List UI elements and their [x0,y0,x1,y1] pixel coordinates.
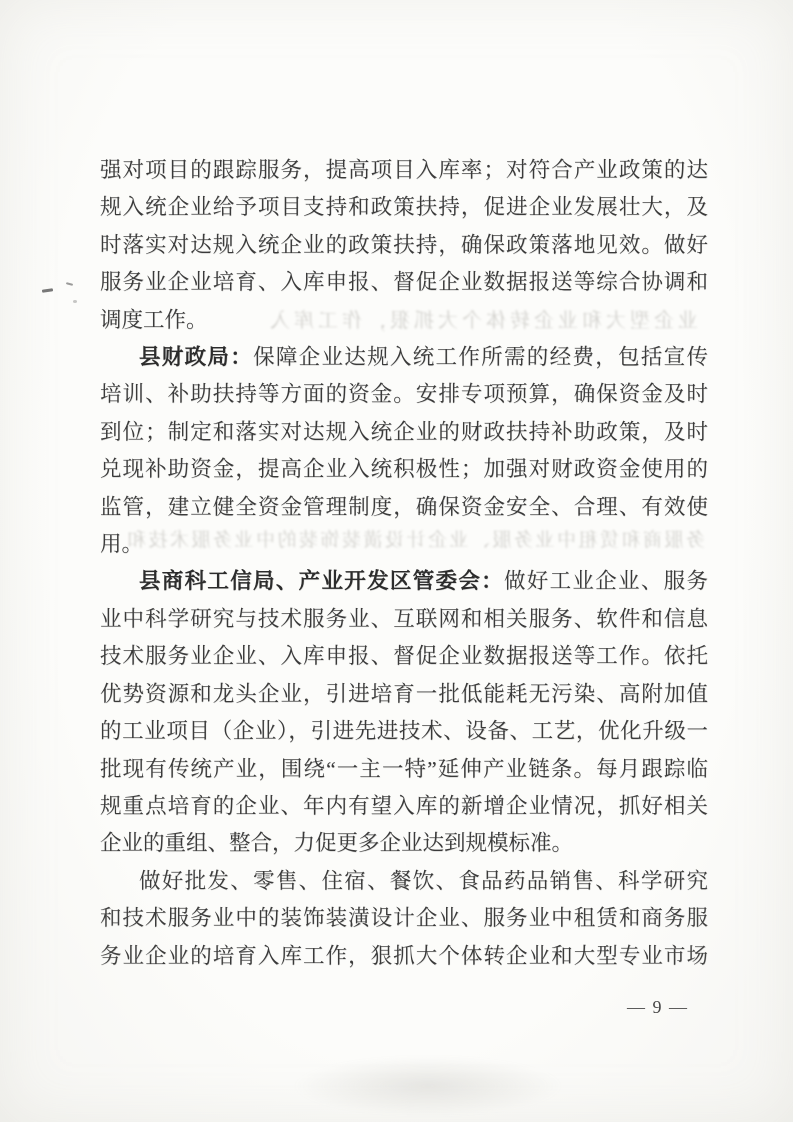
line-bold-lead: 县财政局： [139,345,253,369]
line-text: 的工业项目（企业），引进先进技术、设备、工艺，优化升级一 [100,719,708,743]
text-line-02: 规入统企业给予项目支持和政策扶持，促进企业发展壮大，及 [100,189,708,226]
pencil-mark [42,288,53,293]
text-line-11: 用。 [100,526,708,563]
line-text: 监管，建立健全资金管理制度，确保资金安全、合理、有效使 [100,495,708,519]
line-text: 批现有传统产业，围绕“一主一特”延伸产业链条。每月跟踪临 [100,757,708,781]
page-number: — 9 — [627,997,689,1018]
line-text: 规入统企业给予项目支持和政策扶持，促进企业发展壮大，及 [100,195,708,219]
text-line-19: 企业的重组、整合，力促更多企业达到规模标准。 [100,825,708,862]
line-text: 强对项目的跟踪服务，提高项目入库率；对符合产业政策的达 [100,158,708,182]
line-text: 到位；制定和落实对达规入统企业的财政扶持补助政策，及时 [100,420,708,444]
text-line-12: 县商科工信局、产业开发区管委会：做好工业企业、服务 [100,563,708,600]
line-text: 规重点培育的企业、年内有望入库的新增企业情况，抓好相关 [100,794,708,818]
text-line-04: 服务业企业培育、入库申报、督促企业数据报送等综合协调和 [100,264,708,301]
line-text: 用。 [100,532,143,556]
line-text: 和技术服务业中的装饰装潢设计企业、服务业中租赁和商务服 [100,906,708,930]
text-line-07: 培训、补助扶持等方面的资金。安排专项预算，确保资金及时 [100,376,708,413]
text-line-16: 的工业项目（企业），引进先进技术、设备、工艺，优化升级一 [100,713,708,750]
text-line-09: 兑现补助资金，提高企业入统积极性；加强对财政资金使用的 [100,451,708,488]
text-line-14: 技术服务业企业、入库申报、督促企业数据报送等工作。依托 [100,638,708,675]
line-text: 时落实对达规入统企业的政策扶持，确保政策落地见效。做好 [100,233,708,257]
line-text: 保障企业达规入统工作所需的经费，包括宣传 [253,345,708,369]
pencil-mark [73,300,77,303]
text-line-08: 到位；制定和落实对达规入统企业的财政扶持补助政策，及时 [100,414,708,451]
scan-smudge [292,1056,564,1116]
line-text: 做好工业企业、服务 [504,569,708,593]
text-line-18: 规重点培育的企业、年内有望入库的新增企业情况，抓好相关 [100,788,708,825]
text-line-22: 务业企业的培育入库工作，狠抓大个体转企业和大型专业市场 [100,938,708,975]
line-text: 兑现补助资金，提高企业入统积极性；加强对财政资金使用的 [100,457,708,481]
line-bold-lead: 县商科工信局、产业开发区管委会： [139,569,504,593]
line-text: 务业企业的培育入库工作，狠抓大个体转企业和大型专业市场 [100,944,708,968]
line-text: 培训、补助扶持等方面的资金。安排专项预算，确保资金及时 [100,382,708,406]
text-line-17: 批现有传统产业，围绕“一主一特”延伸产业链条。每月跟踪临 [100,751,708,788]
text-line-03: 时落实对达规入统企业的政策扶持，确保政策落地见效。做好 [100,227,708,264]
line-text: 企业的重组、整合，力促更多企业达到规模标准。 [100,831,573,855]
line-text: 业中科学研究与技术服务业、互联网和相关服务、软件和信息 [100,607,708,631]
line-text: 技术服务业企业、入库申报、督促企业数据报送等工作。依托 [100,644,708,668]
text-line-05: 调度工作。 [100,302,708,339]
text-line-06: 县财政局：保障企业达规入统工作所需的经费，包括宣传 [100,339,708,376]
text-line-20: 做好批发、零售、住宿、餐饮、食品药品销售、科学研究 [100,863,708,900]
text-line-15: 优势资源和龙头企业，引进培育一批低能耗无污染、高附加值 [100,676,708,713]
pencil-mark [66,282,73,286]
text-line-10: 监管，建立健全资金管理制度，确保资金安全、合理、有效使 [100,489,708,526]
text-line-13: 业中科学研究与技术服务业、互联网和相关服务、软件和信息 [100,601,708,638]
line-text: 优势资源和龙头企业，引进培育一批低能耗无污染、高附加值 [100,682,708,706]
line-text: 调度工作。 [100,308,208,332]
text-line-21: 和技术服务业中的装饰装潢设计企业、服务业中租赁和商务服 [100,900,708,937]
text-line-01: 强对项目的跟踪服务，提高项目入库率；对符合产业政策的达 [100,152,708,189]
scanned-document-page: 业企型大和业企转体个大抓狠，作工库入 务服商和赁租中业务服、业企计设潢装饰装的中… [0,0,793,1122]
document-body: 强对项目的跟踪服务，提高项目入库率；对符合产业政策的达 规入统企业给予项目支持和… [100,152,708,975]
line-text: 服务业企业培育、入库申报、督促企业数据报送等综合协调和 [100,270,708,294]
line-text: 做好批发、零售、住宿、餐饮、食品药品销售、科学研究 [139,869,708,893]
